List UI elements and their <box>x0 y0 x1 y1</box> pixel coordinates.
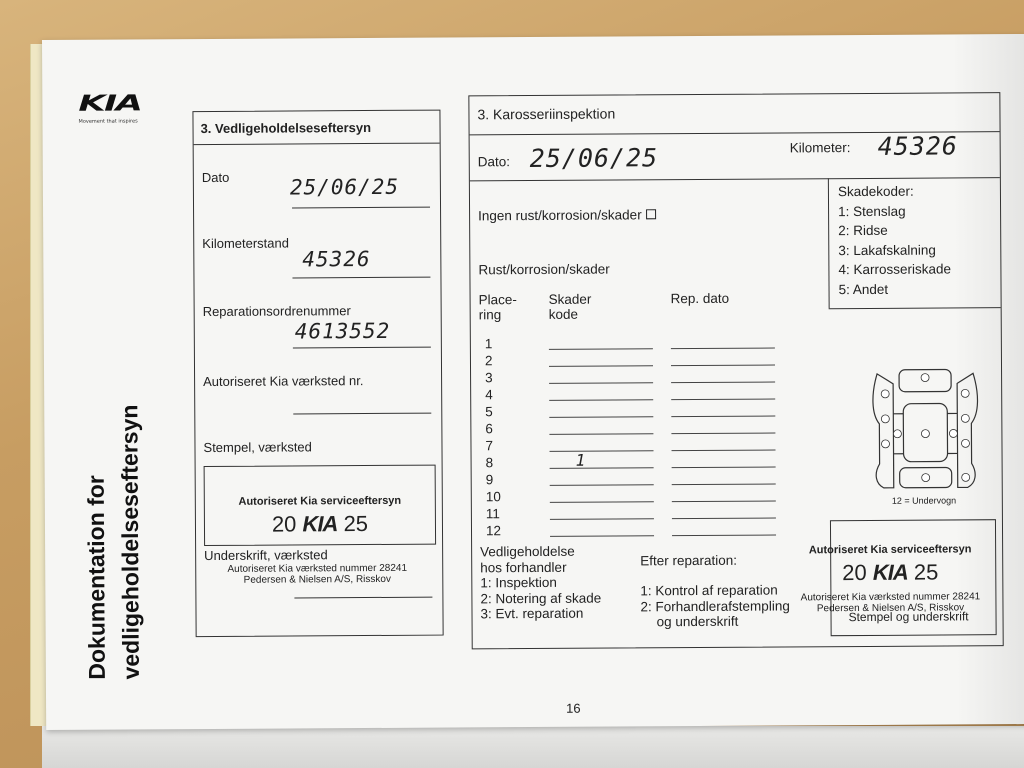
damage-code-field[interactable] <box>550 518 654 520</box>
stamp-label: Stempel, værksted <box>203 439 311 455</box>
km-label: Kilometer: <box>790 140 851 155</box>
row-number: 12 <box>486 523 501 538</box>
maintenance-form: 3. Vedligeholdelseseftersyn Dato 25/06/2… <box>192 110 443 638</box>
damage-code-field[interactable] <box>549 416 653 418</box>
damage-code-1: 1: Stenslag <box>838 201 951 221</box>
row-number: 4 <box>485 387 493 402</box>
damage-code-5: 5: Andet <box>838 279 951 299</box>
damage-code-field[interactable] <box>549 399 653 401</box>
after-repair-item-3: og underskrift <box>641 613 790 629</box>
booklet-page: KIA Movement that inspires Dokumentation… <box>42 34 1024 730</box>
row-number: 6 <box>485 421 493 436</box>
repair-date-field[interactable] <box>672 501 776 503</box>
damage-code-field[interactable] <box>550 484 654 486</box>
row-number: 7 <box>485 438 493 453</box>
repair-order-handwritten: 4613552 <box>295 319 391 344</box>
no-rust-checkbox[interactable] <box>646 209 656 219</box>
repair-date-field[interactable] <box>671 365 775 367</box>
side-title-line1: Dokumentation for <box>78 405 114 680</box>
repair-date-field[interactable] <box>671 416 775 418</box>
damage-rows: 1234567819101112 <box>469 93 999 96</box>
col-placement: Place- ring <box>479 292 517 322</box>
km-handwritten: 45326 <box>878 131 958 160</box>
maintenance-title-1: Vedligeholdelse <box>480 544 601 560</box>
maintenance-title-2: hos forhandler <box>480 559 601 575</box>
stamp-year-left: 20 <box>272 511 297 536</box>
date-handwritten: 25/06/25 <box>290 175 399 200</box>
row-number: 1 <box>485 336 493 351</box>
stamp-workshop-name: Pedersen & Nielsen A/S, Risskov <box>202 574 432 586</box>
dealer-stamp-year: 20 KIA 25 <box>788 559 992 586</box>
page-number: 16 <box>566 701 581 716</box>
kia-logo-mark: KIA <box>78 91 141 116</box>
undercarriage-note: 12 = Undervogn <box>892 495 956 505</box>
after-repair-info: 1: Kontrol af reparation 2: Forhandleraf… <box>640 582 790 629</box>
repair-date-field[interactable] <box>672 450 776 452</box>
mileage-line <box>292 277 430 279</box>
row-number: 11 <box>486 506 500 521</box>
damage-code-field[interactable] <box>550 501 654 503</box>
maintenance-item-1: 1: Inspektion <box>480 575 601 591</box>
row-number: 2 <box>485 353 493 368</box>
col-repair-date: Rep. dato <box>671 291 730 306</box>
damage-code-2: 2: Ridse <box>838 220 951 240</box>
stamp-year-right: 25 <box>343 511 368 536</box>
stamp-workshop-number: Autoriseret Kia værksted nummer 28241 <box>202 563 432 575</box>
repair-date-field[interactable] <box>672 518 776 520</box>
after-repair-title: Efter reparation: <box>640 553 737 569</box>
body-inspection-heading: 3. Karosseriinspektion <box>477 106 615 123</box>
damage-code-4: 4: Karrosseriskade <box>838 259 951 279</box>
row-number: 5 <box>485 404 493 419</box>
maintenance-item-3: 3: Evt. reparation <box>480 606 601 622</box>
row-number: 3 <box>485 370 493 385</box>
damage-code-field[interactable] <box>550 450 654 452</box>
repair-date-field[interactable] <box>671 433 775 435</box>
repair-date-field[interactable] <box>671 399 775 401</box>
damage-code-3: 3: Lakafskalning <box>838 240 951 260</box>
maintenance-info: Vedligeholdelse hos forhandler 1: Inspek… <box>480 544 601 622</box>
col-damage-code: Skader kode <box>549 292 592 322</box>
signature-label: Underskrift, værksted <box>204 547 328 563</box>
after-repair-item-2: 2: Forhandlerafstempling <box>640 598 789 614</box>
repair-date-field[interactable] <box>672 484 776 486</box>
damage-code-field[interactable] <box>549 382 653 384</box>
row-number: 9 <box>486 472 494 487</box>
stamp-year: 20 KIA 25 <box>210 511 430 538</box>
date-handwritten: 25/06/25 <box>530 143 659 173</box>
damage-codes: Skadekoder: 1: Stenslag 2: Ridse 3: Laka… <box>838 181 951 299</box>
workshop-stamp: Autoriseret Kia serviceeftersyn 20 KIA 2… <box>210 495 430 538</box>
side-title-line2: vedligeholdelseseftersyn <box>112 405 148 680</box>
row-number: 8 <box>486 455 494 470</box>
signature-line <box>294 597 432 599</box>
damage-code-field[interactable] <box>550 467 654 469</box>
codes-divider <box>828 178 830 308</box>
repair-date-field[interactable] <box>672 535 776 537</box>
workshop-address-stamp: Autoriseret Kia værksted nummer 28241 Pe… <box>202 563 432 586</box>
workshop-number-label: Autoriseret Kia værksted nr. <box>203 373 363 389</box>
damage-code-field[interactable] <box>549 348 653 350</box>
stamp-title: Autoriseret Kia serviceeftersyn <box>210 495 430 508</box>
codes-bottom <box>829 307 1001 309</box>
date-label: Dato <box>202 170 230 185</box>
repair-order-label: Reparationsordrenummer <box>203 303 351 319</box>
damage-code-field[interactable] <box>550 535 654 537</box>
no-rust-option[interactable]: Ingen rust/korrosion/skader <box>478 207 656 223</box>
maintenance-item-2: 2: Notering af skade <box>480 590 601 606</box>
damage-code-field[interactable] <box>549 365 653 367</box>
date-line <box>292 207 430 209</box>
damage-codes-title: Skadekoder: <box>838 181 951 201</box>
date-label: Dato: <box>478 154 510 169</box>
mileage-handwritten: 45326 <box>302 247 370 271</box>
dealer-stamp-title: Autoriseret Kia serviceeftersyn <box>788 543 992 556</box>
side-title: Dokumentation for vedligeholdelsesefters… <box>78 405 148 680</box>
repair-date-field[interactable] <box>672 467 776 469</box>
dealer-stamp-year-right: 25 <box>914 560 939 585</box>
no-rust-label: Ingen rust/korrosion/skader <box>478 207 642 223</box>
damage-code-handwritten: 1 <box>576 451 587 470</box>
after-repair-item-1: 1: Kontrol af reparation <box>640 582 789 598</box>
row-number: 10 <box>486 489 501 504</box>
stamp-logo: KIA <box>302 511 337 536</box>
car-diagram-icon <box>869 363 982 494</box>
dealer-stamp: Autoriseret Kia serviceeftersyn 20 KIA 2… <box>788 543 992 614</box>
repair-order-line <box>293 347 431 349</box>
damage-code-field[interactable] <box>549 433 653 435</box>
mileage-label: Kilometerstand <box>202 235 289 251</box>
heading-divider <box>194 143 440 146</box>
page-bottom-shadow <box>42 726 1024 768</box>
dealer-stamp-logo: KIA <box>873 560 908 585</box>
rust-label: Rust/korrosion/skader <box>478 262 609 278</box>
maintenance-form-heading: 3. Vedligeholdelseseftersyn <box>200 120 371 136</box>
kia-logo: KIA Movement that inspires <box>78 91 137 124</box>
repair-date-field[interactable] <box>671 382 775 384</box>
workshop-number-line <box>293 413 431 415</box>
repair-date-field[interactable] <box>671 348 775 350</box>
body-inspection-form: 3. Karosseriinspektion Dato: 25/06/25 Ki… <box>468 92 1003 649</box>
kia-tagline: Movement that inspires <box>78 118 137 124</box>
stamp-signature-label: Stempel og underskrift <box>848 609 968 624</box>
dealer-stamp-year-left: 20 <box>842 560 867 585</box>
